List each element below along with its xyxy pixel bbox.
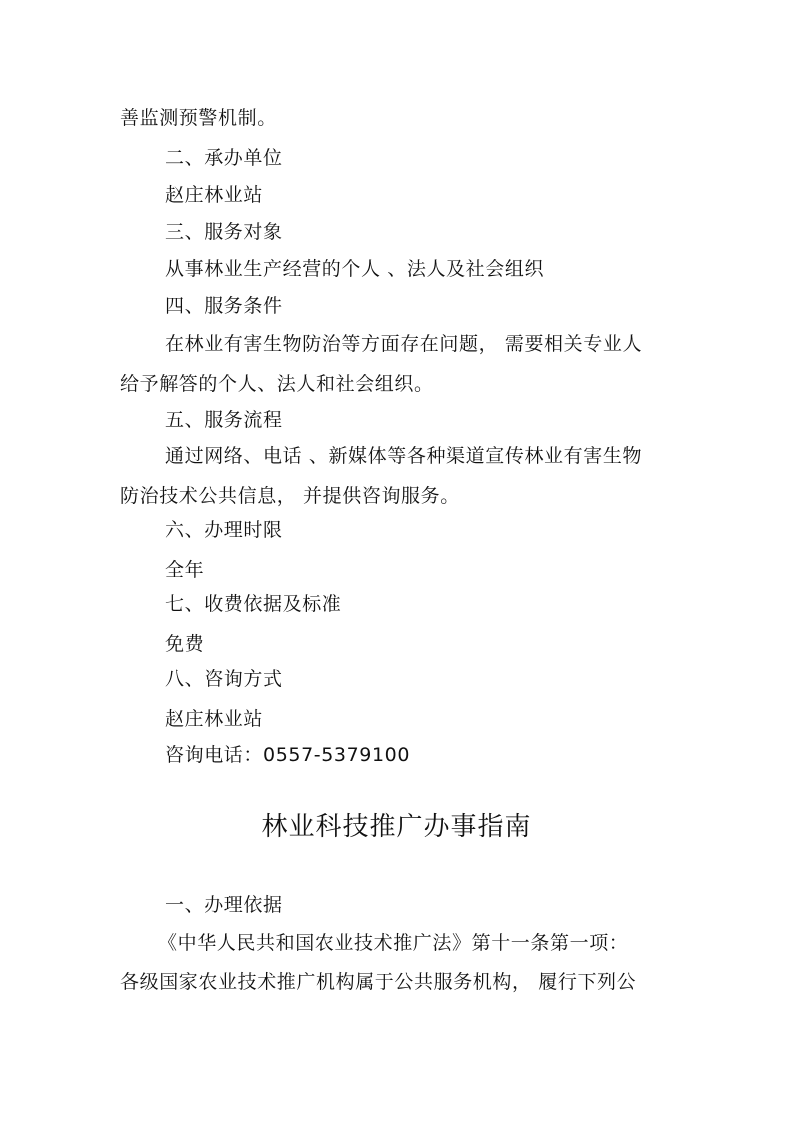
heading-processing-time: 六、办理时限 (165, 518, 283, 542)
text-service-process-1: 通过网络、电话 、新媒体等各种渠道宣传林业有害生物 (165, 444, 642, 468)
text-basis-1: 《中华人民共和国农业技术推广法》第十一条第一项： (158, 931, 628, 955)
text-basis-2: 各级国家农业技术推广机构属于公共服务机构， 履行下列公 (120, 970, 636, 994)
heading-service-target: 三、服务对象 (165, 220, 283, 244)
section-title: 林业科技推广办事指南 (0, 810, 793, 844)
heading-service-conditions: 四、服务条件 (165, 294, 283, 318)
text-processing-time: 全年 (165, 558, 204, 582)
document-page: 善监测预警机制。 二、承办单位 赵庄林业站 三、服务对象 从事林业生产经营的个人… (0, 0, 793, 1122)
text-fee-basis: 免费 (165, 632, 204, 656)
text-undertaking-unit: 赵庄林业站 (165, 183, 263, 207)
heading-service-process: 五、服务流程 (165, 408, 283, 432)
text-consultation-phone: 咨询电话：0557-5379100 (165, 743, 410, 767)
heading-basis: 一、办理依据 (165, 893, 283, 917)
heading-consultation-method: 八、咨询方式 (165, 667, 283, 691)
heading-undertaking-unit: 二、承办单位 (165, 146, 283, 170)
paragraph-continuation: 善监测预警机制。 (120, 106, 277, 130)
text-service-conditions-1: 在林业有害生物防治等方面存在问题， 需要相关专业人 (165, 332, 642, 356)
text-service-process-2: 防治技术公共信息， 并提供咨询服务。 (120, 484, 460, 508)
text-consultation-org: 赵庄林业站 (165, 707, 263, 731)
heading-fee-basis: 七、收费依据及标准 (165, 592, 341, 616)
text-service-target: 从事林业生产经营的个人 、法人及社会组织 (165, 257, 544, 281)
text-service-conditions-2: 给予解答的个人、法人和社会组织。 (120, 372, 434, 396)
